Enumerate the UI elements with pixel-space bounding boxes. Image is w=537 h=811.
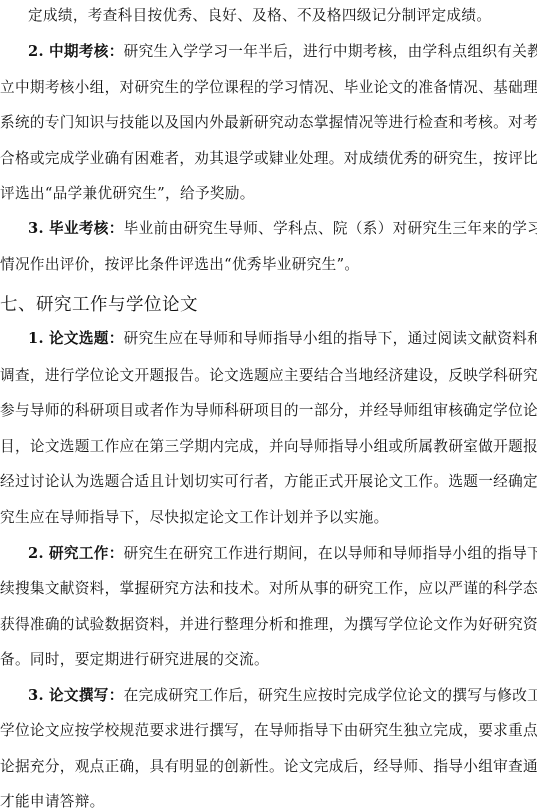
item-text: 研究生入学学习一年半后，进行中期考核，由学科点组织有关教师成: [124, 43, 537, 60]
paragraph-line: 究生应在导师指导下，尽快拟定论文工作计划并予以实施。: [0, 508, 537, 528]
paragraph-line: 参与导师的科研项目或者作为导师科研项目的一部分，并经导师组审核确定学位论文题: [0, 401, 537, 421]
paragraph-line: 定成绩，考查科目按优秀、良好、及格、不及格四级记分制评定成绩。: [0, 6, 537, 26]
item-keyword: 论文撰写：: [49, 687, 124, 704]
midterm-assessment-first-line: 2. 中期考核：研究生入学学习一年半后，进行中期考核，由学科点组织有关教师成: [0, 42, 537, 62]
item-keyword: 中期考核：: [49, 43, 124, 60]
paragraph-line: 获得准确的试验数据资料，并进行整理分析和推理，为撰写学位论文作为好研究资料准: [0, 615, 537, 635]
item-number: 3.: [28, 220, 44, 237]
research-work-first-line: 2. 研究工作：研究生在研究工作进行期间，在以导师和导师指导小组的指导下，继: [0, 544, 537, 564]
item-number: 2.: [28, 545, 44, 562]
item-number: 3.: [28, 687, 44, 704]
item-keyword: 研究工作：: [49, 545, 124, 562]
item-text: 在完成研究工作后，研究生应按时完成学位论文的撰写与修改工作。: [124, 687, 537, 704]
paragraph-line: 学位论文应按学校规范要求进行撰写，在导师指导下由研究生独立完成，要求重点突出，: [0, 721, 537, 741]
paragraph-line: 系统的专门知识与技能以及国内外最新研究动态掌握情况等进行检查和考核。对考核不: [0, 113, 537, 133]
section-heading-7: 七、研究工作与学位论文: [0, 293, 537, 317]
paragraph-line: 论据充分，观点正确，具有明显的创新性。论文完成后，经导师、指导小组审查通过后，: [0, 757, 537, 777]
item-number: 1.: [28, 330, 44, 347]
paragraph-line: 合格或完成学业确有困难者，劝其退学或肄业处理。对成绩优秀的研究生，按评比条件: [0, 149, 537, 169]
item-keyword: 毕业考核：: [49, 220, 124, 237]
paragraph-line: 目，论文选题工作应在第三学期内完成，并向导师指导小组或所属教研室做开题报告，: [0, 437, 537, 457]
thesis-writing-first-line: 3. 论文撰写：在完成研究工作后，研究生应按时完成学位论文的撰写与修改工作。: [0, 686, 537, 706]
paragraph-line: 立中期考核小组，对研究生的学位课程的学习情况、毕业论文的准备情况、基础理论与: [0, 78, 537, 98]
paragraph-line: 评选出“品学兼优研究生”，给予奖励。: [0, 184, 537, 204]
paragraph-line: 才能申请答辩。: [0, 792, 537, 811]
item-keyword: 论文选题：: [49, 330, 124, 347]
item-text: 毕业前由研究生导师、学科点、院（系）对研究生三年来的学习工作: [124, 220, 537, 237]
graduation-assessment-first-line: 3. 毕业考核：毕业前由研究生导师、学科点、院（系）对研究生三年来的学习工作: [0, 219, 537, 239]
thesis-topic-first-line: 1. 论文选题：研究生应在导师和导师指导小组的指导下，通过阅读文献资料和实际: [0, 329, 537, 349]
paragraph-line: 经过讨论认为选题合适且计划切实可行者，方能正式开展论文工作。选题一经确定，研: [0, 472, 537, 492]
item-number: 2.: [28, 43, 44, 60]
item-text: 研究生在研究工作进行期间，在以导师和导师指导小组的指导下，继: [124, 545, 537, 562]
paragraph-line: 备。同时，要定期进行研究进展的交流。: [0, 650, 537, 670]
paragraph-line: 情况作出评价，按评比条件评选出“优秀毕业研究生”。: [0, 255, 537, 275]
paragraph-line: 调查，进行学位论文开题报告。论文选题应主要结合当地经济建设，反映学科研究进展，: [0, 366, 537, 386]
paragraph-line: 续搜集文献资料，掌握研究方法和技术。对所从事的研究工作，应以严谨的科学态度，: [0, 579, 537, 599]
item-text: 研究生应在导师和导师指导小组的指导下，通过阅读文献资料和实际: [124, 330, 537, 347]
